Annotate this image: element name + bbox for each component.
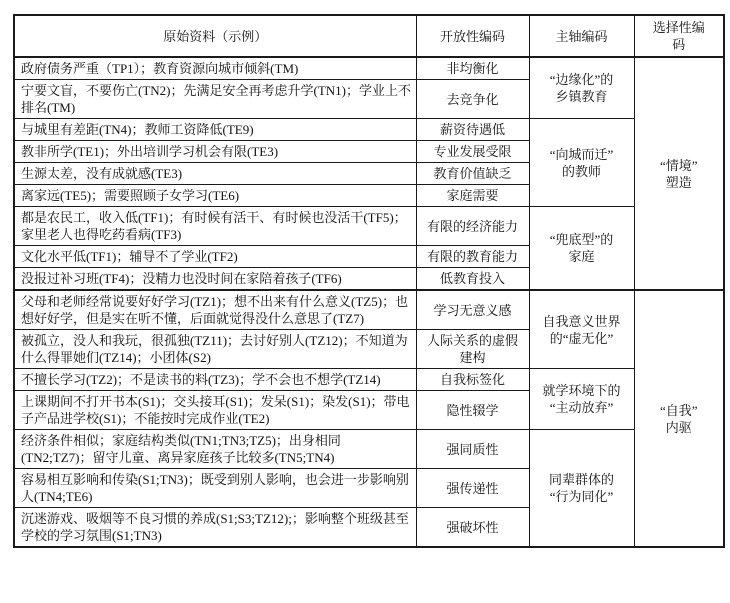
open-coding-cell: 专业发展受限 bbox=[416, 141, 529, 163]
open-coding-cell: 去竞争化 bbox=[416, 80, 529, 119]
table-row: 经济条件相似；家庭结构类似(TN1;TN3;TZ5)；出身相同(TN2;TZ7)… bbox=[14, 430, 724, 469]
open-coding-cell: 强传递性 bbox=[416, 469, 529, 508]
table-row: 都是农民工，收入低(TF1)；有时候有活干、有时候也没活干(TF5)；家里老人也… bbox=[14, 207, 724, 246]
header-label: 选择性编 bbox=[637, 19, 722, 36]
original-data-cell: 教非所学(TE1)；外出培训学习机会有限(TE3) bbox=[14, 141, 416, 163]
column-header-selective-coding: 选择性编码 bbox=[634, 15, 724, 57]
table-row: 不擅长学习(TZ2)；不是读书的料(TZ3)；学不会也不想学(TZ14) 自我标… bbox=[14, 369, 724, 391]
open-coding-cell: 人际关系的虚假建构 bbox=[416, 330, 529, 369]
header-label: 原始资料（示例） bbox=[17, 28, 414, 45]
table-row: 父母和老师经常说要好好学习(TZ1)；想不出来有什么意义(TZ5)；也想好好学，… bbox=[14, 290, 724, 330]
header-row: 原始资料（示例） 开放性编码 主轴编码 选择性编码 bbox=[14, 15, 724, 57]
open-coding-cell: 强同质性 bbox=[416, 430, 529, 469]
original-data-cell: 宁要文盲，不要伤亡(TN2)；先满足安全再考虑升学(TN1)；学业上不排名(TM… bbox=[14, 80, 416, 119]
header-label: 开放性编码 bbox=[419, 28, 527, 45]
original-data-cell: 都是农民工，收入低(TF1)；有时候有活干、有时候也没活干(TF5)；家里老人也… bbox=[14, 207, 416, 246]
table-row: 与城里有差距(TN4)；教师工资降低(TE9) 薪资待遇低 “向城而迁”的教师 bbox=[14, 119, 724, 141]
open-coding-cell: 低教育投入 bbox=[416, 268, 529, 291]
coding-table: 原始资料（示例） 开放性编码 主轴编码 选择性编码 政府债务严重（TP1）；教育… bbox=[13, 14, 725, 548]
original-data-cell: 文化水平低(TF1)；辅导不了学业(TF2) bbox=[14, 246, 416, 268]
open-coding-cell: 非均衡化 bbox=[416, 57, 529, 80]
selective-coding-cell: “自我”内驱 bbox=[634, 290, 724, 547]
original-data-cell: 生源太差，没有成就感(TE3) bbox=[14, 163, 416, 185]
original-data-cell: 父母和老师经常说要好好学习(TZ1)；想不出来有什么意义(TZ5)；也想好好学，… bbox=[14, 290, 416, 330]
open-coding-cell: 自我标签化 bbox=[416, 369, 529, 391]
original-data-cell: 不擅长学习(TZ2)；不是读书的料(TZ3)；学不会也不想学(TZ14) bbox=[14, 369, 416, 391]
axial-coding-cell: “边缘化”的乡镇教育 bbox=[529, 57, 634, 119]
axial-coding-cell: 同辈群体的“行为同化” bbox=[529, 430, 634, 548]
table-row: 政府债务严重（TP1）；教育资源向城市倾斜(TM) 非均衡化 “边缘化”的乡镇教… bbox=[14, 57, 724, 80]
column-header-original-data: 原始资料（示例） bbox=[14, 15, 416, 57]
open-coding-cell: 学习无意义感 bbox=[416, 290, 529, 330]
axial-coding-cell: “兜底型”的家庭 bbox=[529, 207, 634, 291]
selective-coding-cell: “情境”塑造 bbox=[634, 57, 724, 290]
open-coding-cell: 有限的教育能力 bbox=[416, 246, 529, 268]
original-data-cell: 与城里有差距(TN4)；教师工资降低(TE9) bbox=[14, 119, 416, 141]
column-header-open-coding: 开放性编码 bbox=[416, 15, 529, 57]
original-data-cell: 离家远(TE5)；需要照顾子女学习(TE6) bbox=[14, 185, 416, 207]
open-coding-cell: 强破坏性 bbox=[416, 508, 529, 548]
open-coding-cell: 隐性辍学 bbox=[416, 391, 529, 430]
header-label: 码 bbox=[637, 36, 722, 53]
original-data-cell: 政府债务严重（TP1）；教育资源向城市倾斜(TM) bbox=[14, 57, 416, 80]
open-coding-cell: 有限的经济能力 bbox=[416, 207, 529, 246]
original-data-cell: 被孤立，没人和我玩，很孤独(TZ11)；去讨好别人(TZ12)；不知道为什么得罪… bbox=[14, 330, 416, 369]
axial-coding-cell: 自我意义世界的“虚无化” bbox=[529, 290, 634, 369]
column-header-axial-coding: 主轴编码 bbox=[529, 15, 634, 57]
original-data-cell: 没报过补习班(TF4)；没精力也没时间在家陪着孩子(TF6) bbox=[14, 268, 416, 291]
header-label: 主轴编码 bbox=[532, 28, 632, 45]
open-coding-cell: 薪资待遇低 bbox=[416, 119, 529, 141]
open-coding-cell: 家庭需要 bbox=[416, 185, 529, 207]
original-data-cell: 上课期间不打开书本(S1)；交头接耳(S1)；发呆(S1)；染发(S1)；带电子… bbox=[14, 391, 416, 430]
axial-coding-cell: 就学环境下的“主动放弃” bbox=[529, 369, 634, 430]
axial-coding-cell: “向城而迁”的教师 bbox=[529, 119, 634, 207]
open-coding-cell: 教育价值缺乏 bbox=[416, 163, 529, 185]
original-data-cell: 容易相互影响和传染(S1;TN3)；既受到别人影响，也会进一步影响别人(TN4;… bbox=[14, 469, 416, 508]
original-data-cell: 沉迷游戏、吸烟等不良习惯的养成(S1;S3;TZ12);；影响整个班级甚至学校的… bbox=[14, 508, 416, 548]
document-page: 原始资料（示例） 开放性编码 主轴编码 选择性编码 政府债务严重（TP1）；教育… bbox=[0, 0, 730, 603]
original-data-cell: 经济条件相似；家庭结构类似(TN1;TN3;TZ5)；出身相同(TN2;TZ7)… bbox=[14, 430, 416, 469]
